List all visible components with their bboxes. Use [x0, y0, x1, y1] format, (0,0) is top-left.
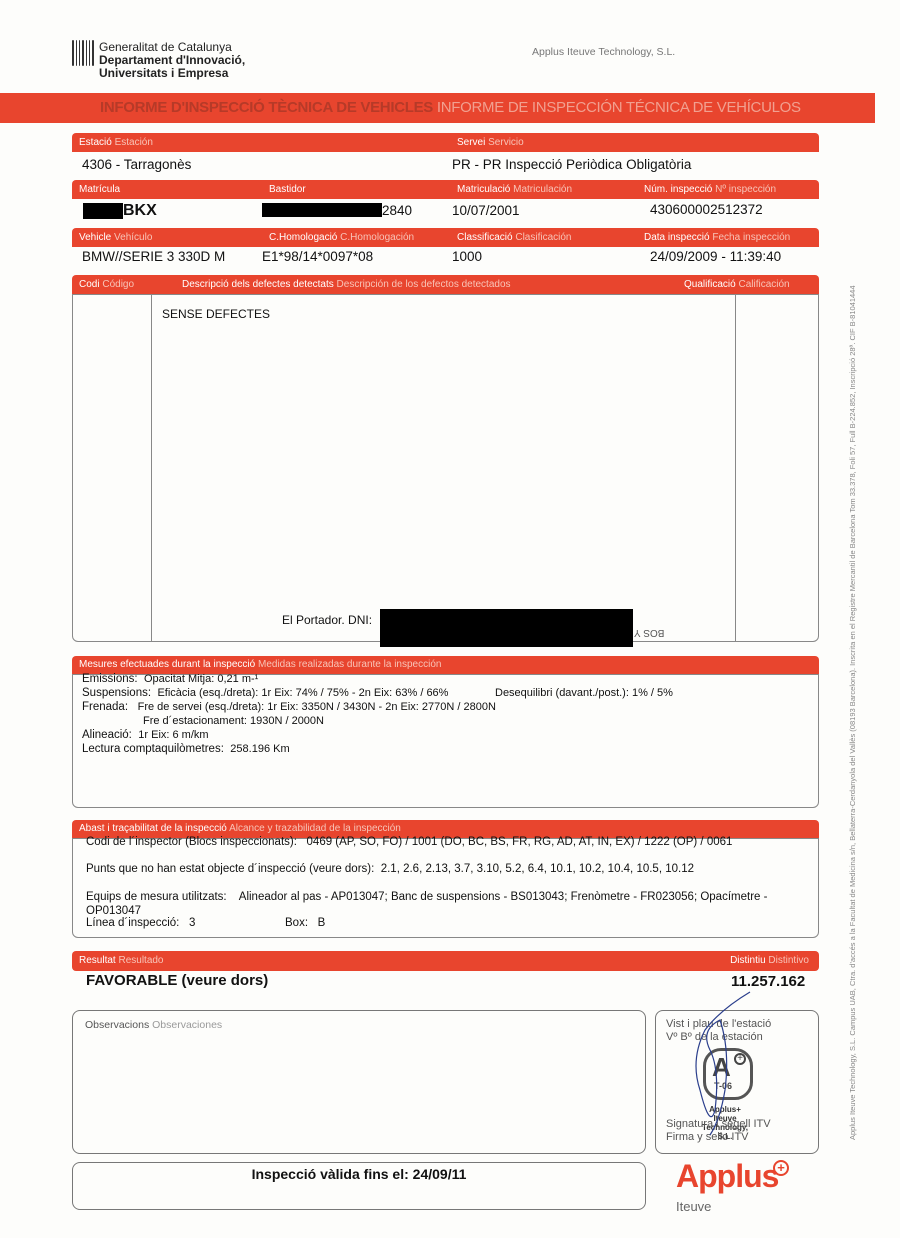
badge-label-es: Distintivo: [768, 955, 809, 966]
result-label: Resultat: [79, 955, 116, 966]
observations-label-es: Observaciones: [152, 1019, 222, 1031]
applus-logo: Applus: [676, 1158, 778, 1195]
observations-box: Observacions Observaciones: [72, 1010, 646, 1154]
issuer-line-3: Universitats i Empresa: [99, 67, 245, 80]
title-catalan: INFORME D'INSPECCIÓ TÈCNICA DE VEHICLES: [100, 99, 433, 116]
validity-text: Inspecció vàlida fins el: 24/09/11: [73, 1166, 645, 1182]
plate-redaction: [83, 203, 123, 219]
measures-label-es: Medidas realizadas durante la inspección: [258, 659, 441, 670]
service-label-es: Servicio: [488, 137, 524, 148]
handwritten-signature-icon: [680, 990, 760, 1140]
applus-sublogo: Iteuve: [676, 1199, 711, 1214]
homologation-label: C.Homologació: [269, 232, 337, 243]
measure-alignment: Alineació: 1r Eix: 6 m/km: [82, 728, 209, 742]
homologation-label-es: C.Homologación: [340, 232, 414, 243]
measuring-equipment: Equips de mesura utilitzats: Alineador a…: [86, 890, 767, 904]
legal-registration-text: Applus Iteuve Technology, S.L. Campus UA…: [848, 285, 857, 1140]
result-header-strip: Resultat Resultado Distintiu Distintivo: [72, 951, 819, 971]
badge-number: 11.257.162: [731, 973, 805, 990]
defects-header-strip: Codi Código Descripció dels defectes det…: [72, 275, 819, 294]
holder-id-label: El Portador. DNI:: [282, 613, 372, 627]
code-column-header: Codi: [79, 279, 100, 290]
column-divider: [735, 294, 736, 642]
inspection-number-value: 430600002512372: [650, 202, 763, 217]
classification-value: 1000: [452, 249, 482, 264]
registration-date-value: 10/07/2001: [452, 203, 520, 218]
registration-date-label: Matriculació: [457, 184, 510, 195]
badge-label: Distintiu: [730, 955, 766, 966]
measure-imbalance: Desequilibri (davant./post.): 1% / 5%: [495, 686, 673, 700]
chassis-redaction: [262, 203, 382, 217]
company-name: Applus Iteuve Technology, S.L.: [532, 46, 675, 58]
code-column-header-es: Código: [102, 279, 134, 290]
uninspected-points: Punts que no han estat objecte d´inspecc…: [86, 862, 694, 876]
chassis-label: Bastidor: [269, 184, 306, 195]
homologation-value: E1*98/14*0097*08: [262, 249, 373, 264]
result-value: FAVORABLE (veure dors): [86, 972, 268, 989]
inspection-date-value: 24/09/2009 - 11:39:40: [650, 249, 781, 264]
generalitat-logo-icon: [72, 40, 94, 66]
measure-parking-brake: Fre d´estacionament: 1930N / 2000N: [143, 714, 324, 728]
vehicle-header-strip: Vehicle Vehículo C.Homologació C.Homolog…: [72, 228, 819, 247]
station-header-strip: Estació Estación Servei Servicio: [72, 133, 819, 152]
title-spanish: INFORME DE INSPECCIÓN TÉCNICA DE VEHÍCUL…: [437, 99, 801, 116]
vehicle-label-es: Vehículo: [114, 232, 152, 243]
chassis-value: 2840: [382, 203, 412, 218]
description-column-header-es: Descripción de los defectos detectados: [337, 279, 511, 290]
observations-label: Observacions: [85, 1019, 149, 1031]
inspection-number-label: Núm. inspecció: [644, 184, 712, 195]
description-column-header: Descripció dels defectes detectats: [182, 279, 334, 290]
defects-text: SENSE DEFECTES: [162, 307, 270, 321]
service-value: PR - PR Inspecció Periòdica Obligatòria: [452, 157, 691, 172]
measures-label: Mesures efectuades durant la inspecció: [79, 659, 255, 670]
plate-value: BKX: [123, 202, 157, 220]
station-value: 4306 - Tarragonès: [82, 157, 191, 172]
holder-id-redaction: [380, 609, 633, 647]
scope-label-es: Alcance y trazabilidad de la inspección: [229, 823, 401, 834]
vehicle-value: BMW//SERIE 3 330D M: [82, 249, 225, 264]
measure-suspensions: Suspensions: Eficàcia (esq./dreta): 1r E…: [82, 686, 448, 700]
measure-braking: Frenada: Fre de servei (esq./dreta): 1r …: [82, 700, 496, 714]
inspection-line: Línea d´inspecció: 3: [86, 916, 195, 930]
validity-box: Inspecció vàlida fins el: 24/09/11: [72, 1162, 646, 1210]
vehicle-label: Vehicle: [79, 232, 111, 243]
inspection-date-label: Data inspecció: [644, 232, 710, 243]
issuer-block: Generalitat de Catalunya Departament d'I…: [99, 41, 245, 80]
service-label: Servei: [457, 137, 485, 148]
registration-date-label-es: Matriculación: [513, 184, 572, 195]
measure-odometer: Lectura comptaquilòmetres: 258.196 Km: [82, 742, 290, 756]
scope-label: Abast i traçabilitat de la inspecció: [79, 823, 227, 834]
defects-table: [72, 294, 819, 642]
station-label: Estació: [79, 137, 112, 148]
inspection-box: Box: B: [285, 916, 325, 930]
rating-column-header: Qualificació: [684, 279, 736, 290]
vehicle-id-header-strip: Matrícula Bastidor Matriculació Matricul…: [72, 180, 819, 199]
column-divider: [151, 294, 152, 642]
classification-label-es: Clasificación: [515, 232, 571, 243]
inspection-date-label-es: Fecha inspección: [712, 232, 790, 243]
document-title-bar: INFORME D'INSPECCIÓ TÈCNICA DE VEHICLES …: [0, 93, 875, 123]
station-label-es: Estación: [115, 137, 153, 148]
bleed-through-text: BOS Y: [634, 627, 664, 638]
plus-circle-icon: +: [773, 1160, 789, 1176]
result-label-es: Resultado: [118, 955, 163, 966]
measure-emissions: Emissions: Opacitat Mitja: 0,21 m-¹: [82, 672, 258, 686]
rating-column-header-es: Calificación: [738, 279, 789, 290]
inspection-number-label-es: Nº inspección: [715, 184, 776, 195]
plate-label: Matrícula: [79, 184, 120, 195]
classification-label: Classificació: [457, 232, 513, 243]
inspector-code: Codi de l´inspector (Blocs inspeccionats…: [86, 835, 732, 849]
